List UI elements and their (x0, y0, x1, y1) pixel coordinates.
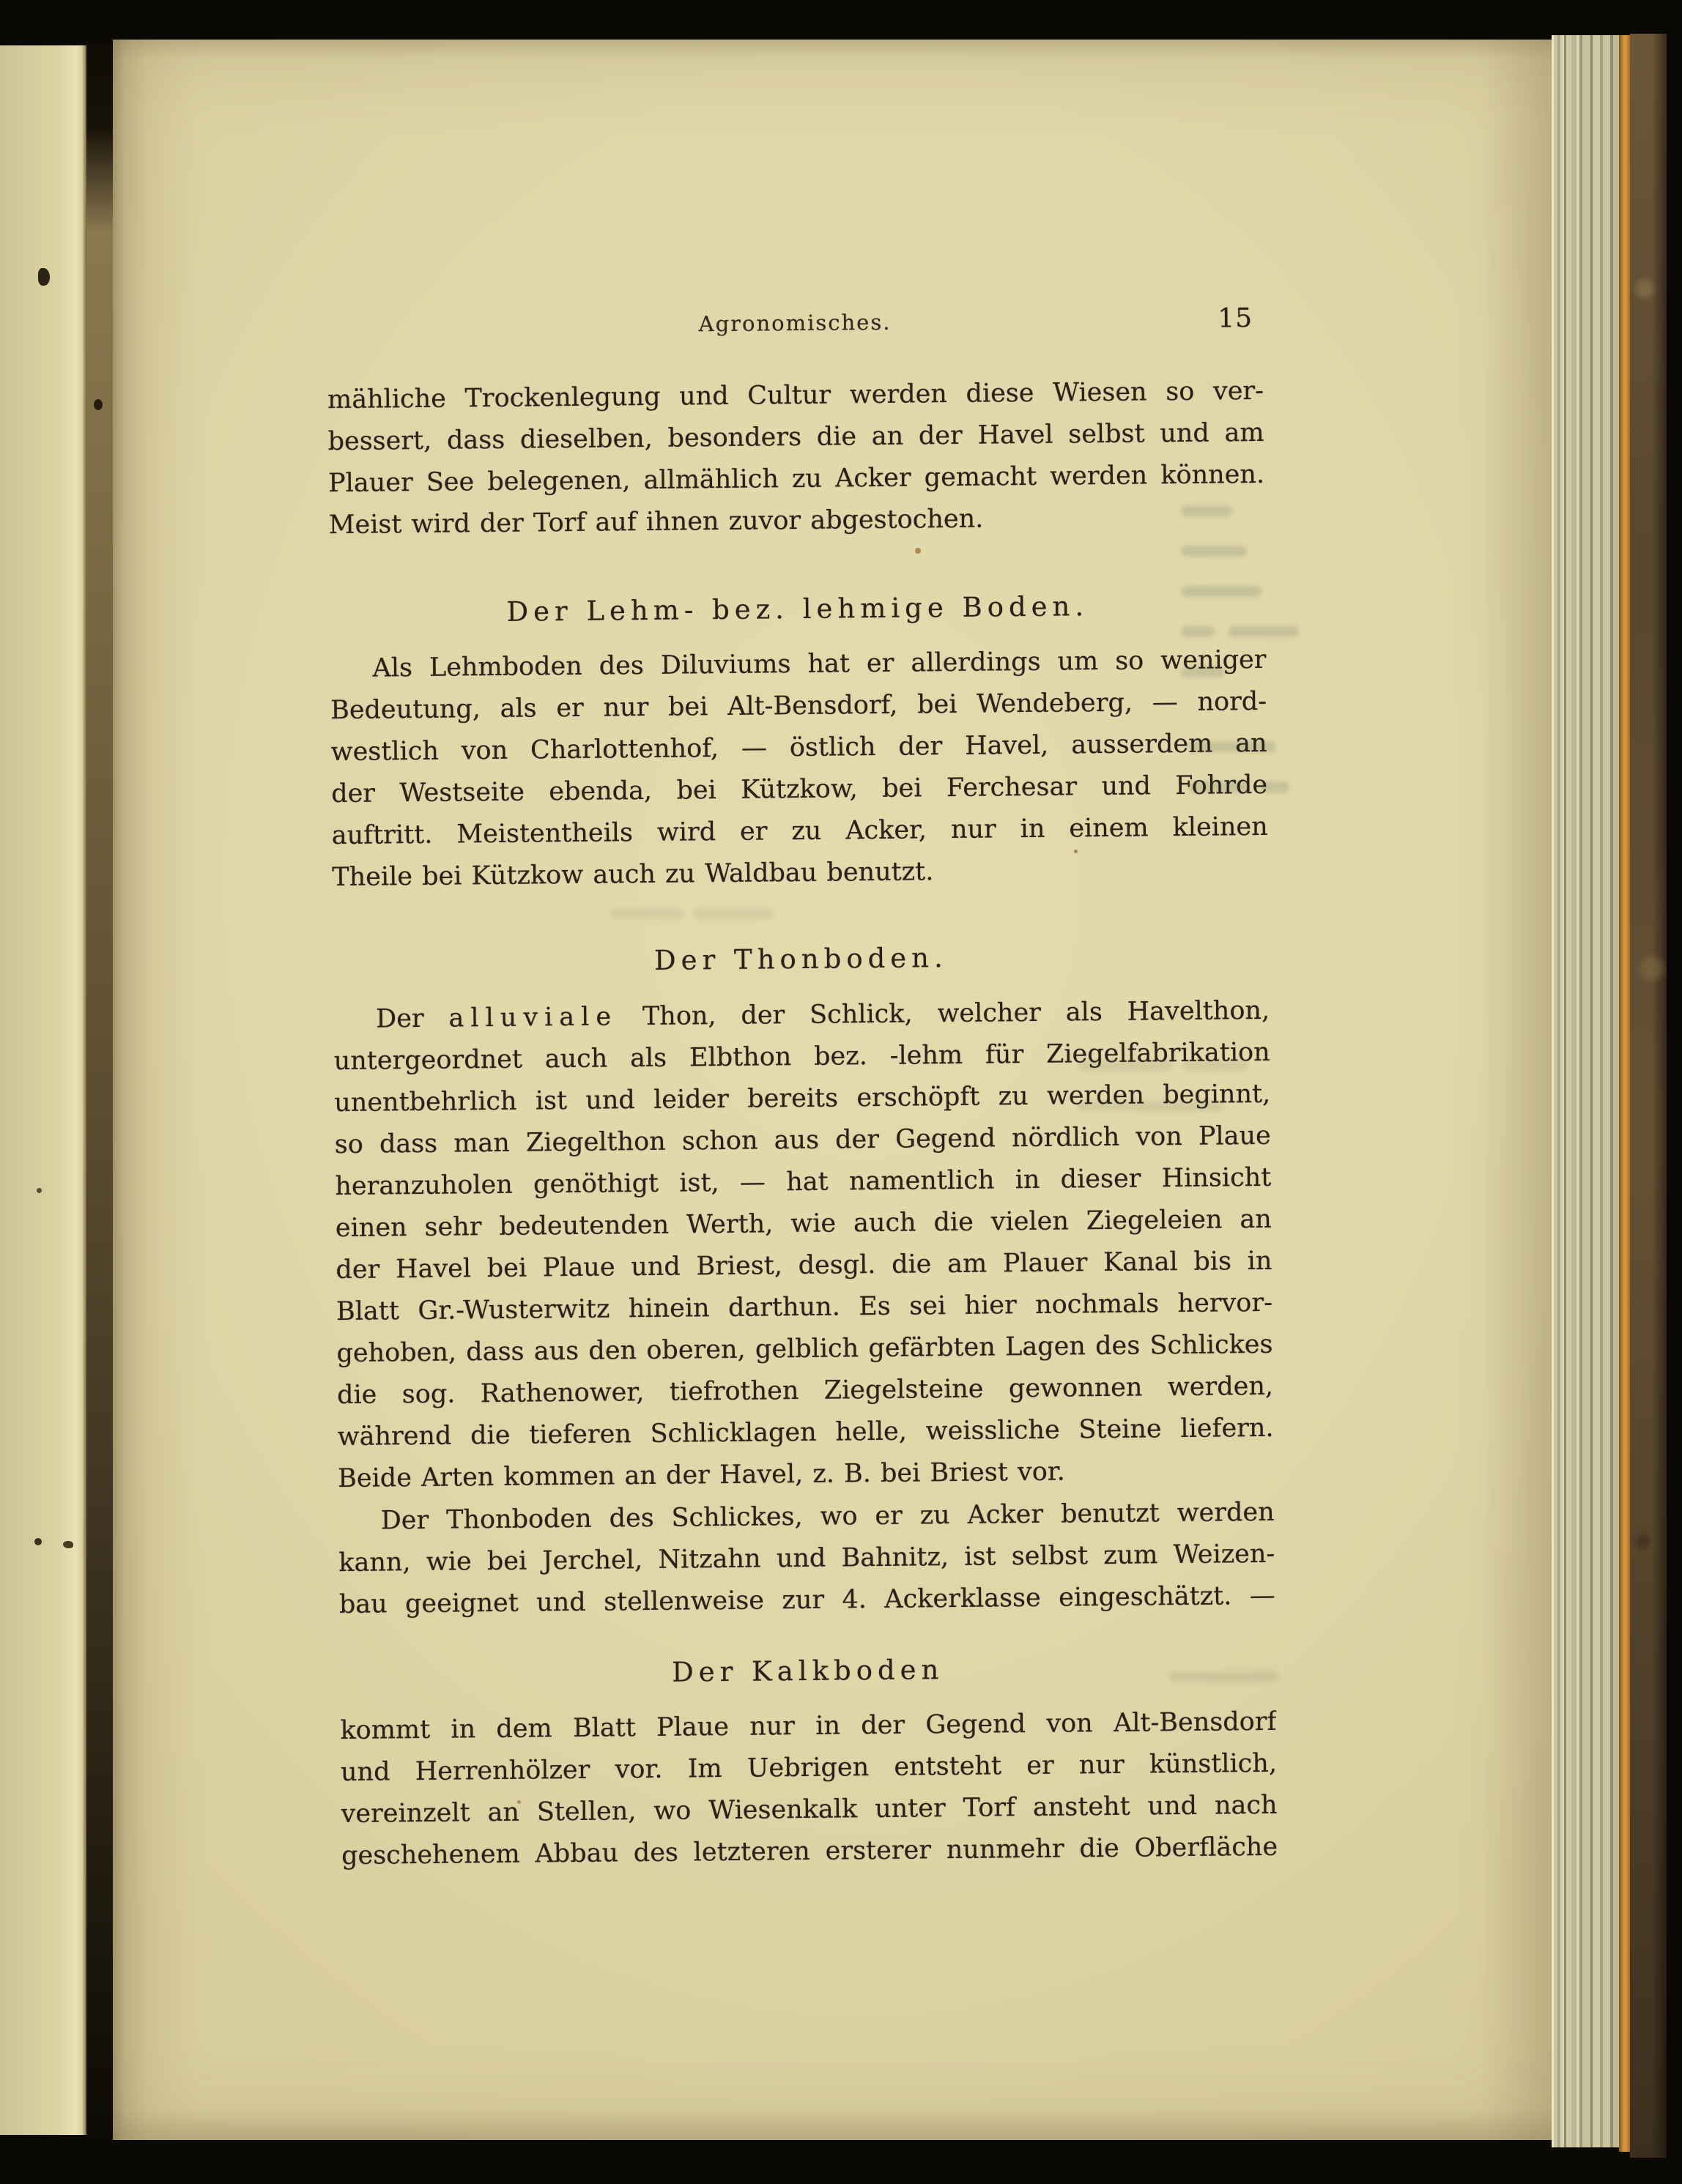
text-line: bau geeignet und stellenweise zur 4. Ack… (339, 1575, 1275, 1626)
paragraph-lehmboden: Als Lehmboden des Diluviums hat er aller… (330, 639, 1268, 899)
paper-speck (34, 1538, 42, 1545)
paragraph-thonboden: Der alluviale Thon, der Schlick, welcher… (333, 990, 1275, 1500)
text-fragment: Thon, der Schlick, welcher als Havelthon… (642, 996, 1270, 1031)
text-line: geschehenem Abbau des letzteren ersterer… (341, 1827, 1278, 1877)
facing-page-edge (0, 45, 86, 2135)
paper-speck (63, 1541, 73, 1548)
right-page-stack-edges (1552, 35, 1619, 2147)
book-cover-board (1630, 34, 1667, 2158)
gutter-shadow (86, 44, 113, 2137)
paper-speck (37, 1188, 42, 1193)
fore-edge-strip (1619, 35, 1630, 2152)
paragraph-thonboden-2: Der Thonboden des Schlickes, wo er zu Ac… (338, 1492, 1275, 1626)
printed-text-block: Agronomisches. 15 mähliche Trockenlegung… (324, 0, 1281, 2184)
paragraph-intro: mähliche Trockenlegung und Cultur werden… (327, 371, 1265, 546)
book-scan-photo: Agronomisches. 15 mähliche Trockenlegung… (0, 0, 1682, 2184)
page-number: 15 (1218, 303, 1253, 333)
section-heading-kalkboden: Der Kalkboden (340, 1649, 1276, 1693)
paper-speck (38, 268, 50, 286)
text-fragment: Der (376, 1004, 424, 1034)
section-heading-thonboden: Der Thonboden. (333, 937, 1269, 981)
text-fragment-letterspaced: alluviale (448, 1002, 618, 1033)
paper-speck (94, 399, 103, 410)
running-title: Agronomisches. (327, 306, 1263, 347)
text-line: Meist wird der Torf auf ihnen zuvor abge… (328, 496, 1264, 546)
paragraph-kalkboden: kommt in dem Blatt Plaue nur in der Gege… (340, 1701, 1278, 1877)
text-line: Theile bei Kützkow auch zu Waldbau benut… (332, 848, 1268, 899)
section-heading-lehmboden: Der Lehm- bez. lehmige Boden. (330, 587, 1266, 631)
